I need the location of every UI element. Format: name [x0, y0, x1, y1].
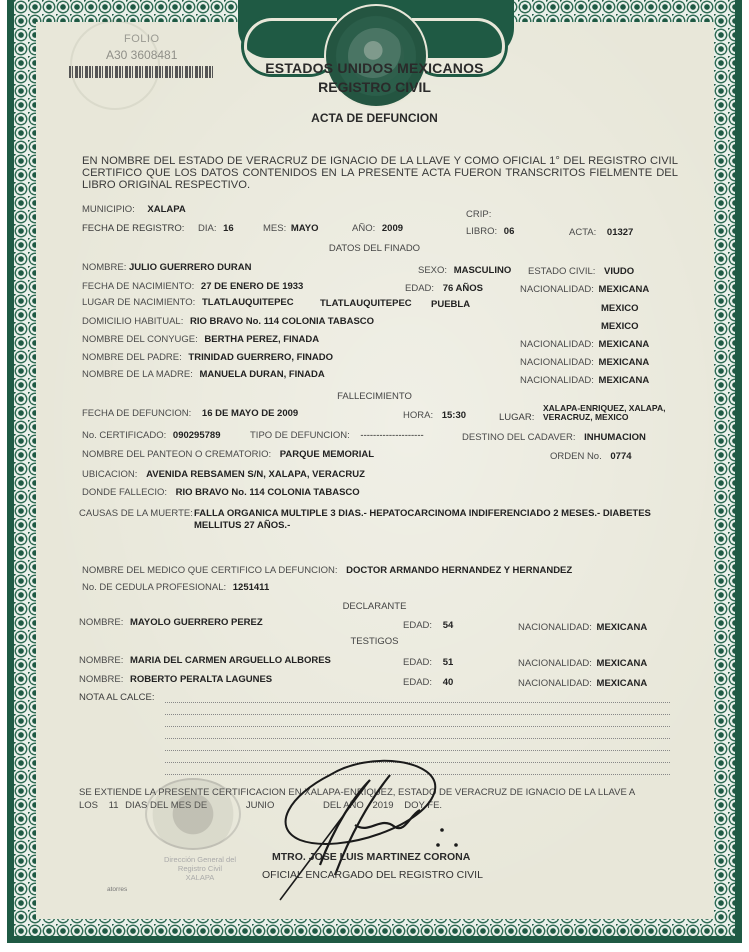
document-title: ACTA DE DEFUNCION [0, 111, 749, 125]
section-fallecimiento: FALLECIMIENTO [0, 391, 749, 402]
destino-cadaver: DESTINO DEL CADAVER: INHUMACION [462, 432, 646, 443]
registry-seal-stamp [145, 778, 241, 850]
declarante-nombre: NOMBRE: MAYOLO GUERRERO PEREZ [79, 617, 263, 628]
testigo-1-nombre: NOMBRE: MARIA DEL CARMEN ARGUELLO ALBORE… [79, 655, 331, 666]
padre: NOMBRE DEL PADRE: TRINIDAD GUERRERO, FIN… [82, 352, 333, 363]
testigo-2-edad: EDAD: 40 [403, 677, 453, 688]
acta-field: ACTA: 01327 [569, 227, 633, 238]
registry-seal-text: Dirección General del Registro Civil XAL… [145, 855, 255, 882]
section-datos-finado: DATOS DEL FINADO [0, 243, 749, 254]
nota-line [165, 738, 670, 739]
libro-field: LIBRO: 06 [466, 226, 514, 237]
ubicacion: UBICACION: AVENIDA REBSAMEN S/N, XALAPA,… [82, 469, 365, 480]
mes-field: MES: MAYO [263, 223, 319, 234]
conyuge: NOMBRE DEL CONYUGE: BERTHA PEREZ, FINADA [82, 334, 319, 345]
certificado: No. CERTIFICADO: 090295789 [82, 430, 220, 441]
declarante-edad: EDAD: 54 [403, 620, 453, 631]
donde-fallecio: DONDE FALLECIO: RIO BRAVO No. 114 COLONI… [82, 487, 360, 498]
nota-line [165, 702, 670, 703]
padre-nacionalidad: NACIONALIDAD: MEXICANA [520, 357, 649, 368]
hora-defuncion: HORA: 15:30 [403, 410, 466, 421]
finado-lugar-pais: MEXICO [601, 303, 638, 314]
lugar-defuncion: XALAPA-ENRIQUEZ, XALAPA, VERACRUZ, MEXIC… [543, 404, 665, 422]
medico: NOMBRE DEL MEDICO QUE CERTIFICO LA DEFUN… [82, 565, 572, 576]
madre: NOMBRE DE LA MADRE: MANUELA DURAN, FINAD… [82, 369, 325, 380]
finado-domicilio-pais: MEXICO [601, 321, 638, 332]
signature-icon [260, 755, 470, 905]
anio-field: AÑO: 2009 [352, 223, 403, 234]
finado-sexo: SEXO: MASCULINO [418, 265, 511, 276]
lugar-defuncion-label: LUGAR: [499, 412, 534, 423]
country-heading: ESTADOS UNIDOS MEXICANOS [0, 60, 749, 76]
finado-nombre: NOMBRE: JULIO GUERRERO DURAN [82, 262, 251, 273]
finado-lugar-estado: PUEBLA [431, 299, 470, 310]
intro-text: EN NOMBRE DEL ESTADO DE VERACRUZ DE IGNA… [82, 155, 678, 191]
finado-lugar-municipio: TLATLAUQUITEPEC [320, 298, 412, 309]
nota-line [165, 750, 670, 751]
dia-field: DIA: 16 [198, 223, 234, 234]
clerk-initials: atorres [107, 886, 127, 893]
tipo-defuncion: TIPO DE DEFUNCION: -------------------- [250, 430, 424, 441]
section-testigos: TESTIGOS [0, 636, 749, 647]
conyuge-nacionalidad: NACIONALIDAD: MEXICANA [520, 339, 649, 350]
nota-al-calce-label: NOTA AL CALCE: [79, 692, 155, 703]
testigo-1-edad: EDAD: 51 [403, 657, 453, 668]
cedula-profesional: No. DE CEDULA PROFESIONAL: 1251411 [82, 582, 269, 593]
panteon: NOMBRE DEL PANTEON O CREMATORIO: PARQUE … [82, 449, 374, 460]
section-declarante: DECLARANTE [0, 601, 749, 612]
finado-domicilio: DOMICILIO HABITUAL: RIO BRAVO No. 114 CO… [82, 316, 374, 327]
declarante-nacionalidad: NACIONALIDAD: MEXICANA [518, 622, 647, 633]
finado-nacimiento: FECHA DE NACIMIENTO: 27 DE ENERO DE 1933 [82, 281, 303, 292]
nota-line [165, 726, 670, 727]
causas-muerte: CAUSAS DE LA MUERTE:FALLA ORGANICA MULTI… [79, 508, 669, 532]
testigo-2-nombre: NOMBRE: ROBERTO PERALTA LAGUNES [79, 674, 272, 685]
finado-nacionalidad: NACIONALIDAD: MEXICANA [520, 284, 649, 295]
nota-line [165, 714, 670, 715]
finado-estado-civil: ESTADO CIVIL: VIUDO [528, 266, 634, 277]
testigo-1-nacionalidad: NACIONALIDAD: MEXICANA [518, 658, 647, 669]
finado-lugar-nacimiento: LUGAR DE NACIMIENTO: TLATLAUQUITEPEC [82, 297, 294, 308]
signatory-title: OFICIAL ENCARGADO DEL REGISTRO CIVIL [262, 869, 483, 881]
signatory-name: MTRO. JOSE LUIS MARTINEZ CORONA [272, 851, 470, 863]
finado-edad: EDAD: 76 AÑOS [405, 283, 483, 294]
testigo-2-nacionalidad: NACIONALIDAD: MEXICANA [518, 678, 647, 689]
registry-heading: REGISTRO CIVIL [0, 79, 749, 95]
orden-numero: ORDEN No. 0774 [550, 451, 632, 462]
madre-nacionalidad: NACIONALIDAD: MEXICANA [520, 375, 649, 386]
fecha-defuncion: FECHA DE DEFUNCION: 16 DE MAYO DE 2009 [82, 408, 298, 419]
crip-field: CRIP: [466, 209, 491, 220]
fecha-registro-label: FECHA DE REGISTRO: [82, 223, 184, 234]
folio-label: FOLIO [124, 33, 160, 45]
municipio-field: MUNICIPIO: XALAPA [82, 204, 186, 215]
